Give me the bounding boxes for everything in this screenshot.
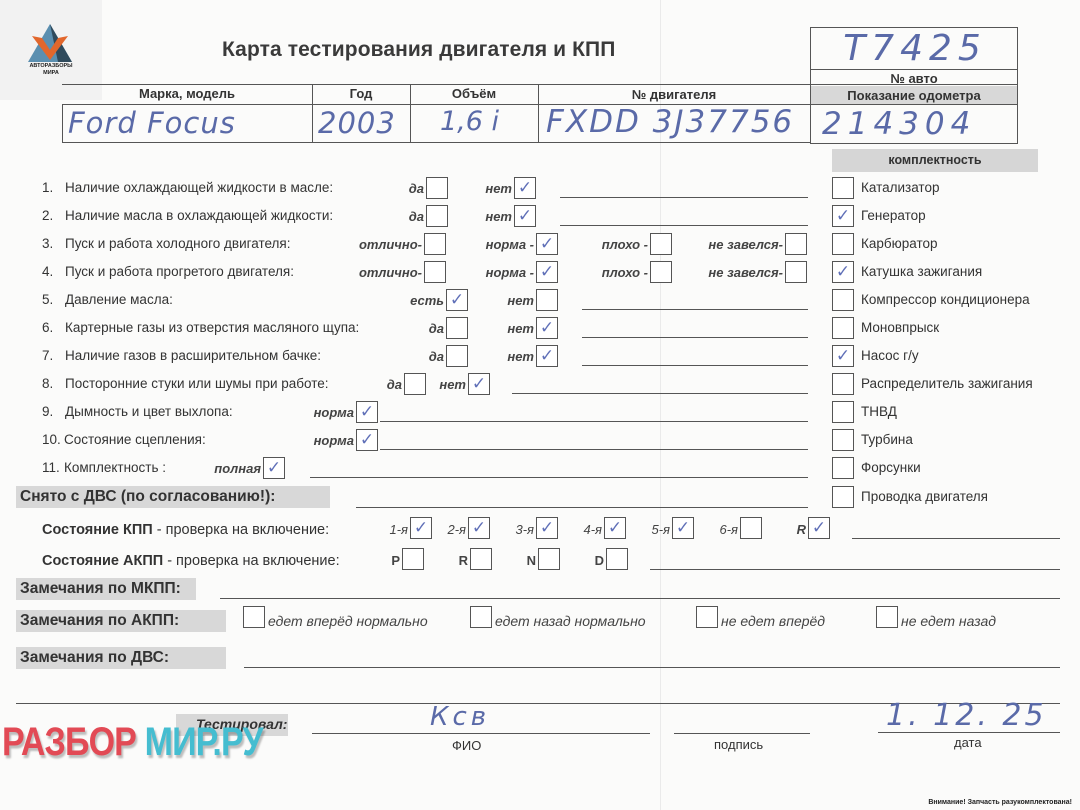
- check-notes-line[interactable]: [582, 365, 808, 366]
- check-label: Наличие масла в охлаждающей жидкости:: [65, 208, 333, 223]
- akpp-remark-checkbox[interactable]: [696, 606, 718, 628]
- completeness-item-label: Катализатор: [861, 180, 939, 195]
- completeness-item-label: Турбина: [861, 432, 913, 447]
- remarks-akpp-label: Замечания по АКПП:: [16, 610, 226, 632]
- completeness-item-label: Форсунки: [861, 460, 921, 475]
- gear-label: 5-я: [646, 522, 670, 537]
- option-checkbox[interactable]: ✓: [263, 457, 285, 479]
- check-number: 7.: [42, 348, 53, 363]
- handwritten-check-mark-icon: ✓: [411, 518, 431, 538]
- option-label: да: [403, 209, 424, 224]
- completeness-item-label: Насос г/у: [861, 348, 919, 363]
- option-checkbox[interactable]: [426, 177, 448, 199]
- gear-checkbox[interactable]: ✓: [808, 517, 830, 539]
- check-notes-line[interactable]: [310, 477, 808, 478]
- watermark-logo: РАЗБОР МИР.РУ: [2, 718, 263, 766]
- handwritten-check-mark-icon: ✓: [537, 234, 557, 254]
- signature-line[interactable]: [674, 733, 810, 734]
- option-label: отлично-: [356, 237, 422, 252]
- option-label: норма -: [480, 265, 534, 280]
- handwritten-check-mark-icon: ✓: [515, 206, 535, 226]
- completeness-item-label: Катушка зажигания: [861, 264, 982, 279]
- option-checkbox[interactable]: [446, 317, 468, 339]
- check-number: 11.: [42, 460, 60, 475]
- completeness-item-label: Проводка двигателя: [861, 489, 988, 504]
- option-label: норма -: [480, 237, 534, 252]
- check-notes-line[interactable]: [560, 197, 808, 198]
- option-checkbox[interactable]: ✓: [514, 205, 536, 227]
- gear-checkbox[interactable]: ✓: [410, 517, 432, 539]
- gear-label: 3-я: [510, 522, 534, 537]
- check-notes-line[interactable]: [380, 421, 808, 422]
- check-number: 6.: [42, 320, 53, 335]
- engine-number-value[interactable]: FXDD 3J37756: [546, 104, 794, 140]
- completeness-item-label: Распределитель зажигания: [861, 376, 1033, 391]
- option-checkbox[interactable]: [426, 205, 448, 227]
- gear-label: 6-я: [714, 522, 738, 537]
- watermark-part1: РАЗБОР: [2, 720, 136, 764]
- disassembled-warning: Внимание! Запчасть разукомплектована!: [928, 799, 1072, 806]
- handwritten-check-mark-icon: ✓: [537, 346, 557, 366]
- col-header-engine-number: № двигателя: [538, 87, 810, 102]
- completeness-item-label: Генератор: [861, 208, 926, 223]
- option-checkbox[interactable]: ✓: [536, 317, 558, 339]
- col-header-volume: Объём: [410, 86, 538, 101]
- option-label: нет: [503, 293, 534, 308]
- option-checkbox[interactable]: [424, 233, 446, 255]
- gear-label: 4-я: [578, 522, 602, 537]
- manual-gearbox-notes-line[interactable]: [852, 538, 1060, 539]
- auto-gear-label: D: [590, 553, 604, 568]
- check-number: 9.: [42, 404, 53, 419]
- completeness-item-label: Моновпрыск: [861, 320, 939, 335]
- remarks-dvs-line[interactable]: [244, 667, 1060, 668]
- signature-caption: подпись: [714, 737, 763, 752]
- completeness-checkbox[interactable]: [832, 317, 854, 339]
- handwritten-check-mark-icon: ✓: [447, 290, 467, 310]
- option-checkbox[interactable]: [785, 261, 807, 283]
- option-checkbox[interactable]: ✓: [446, 289, 468, 311]
- col-header-odometer: Показание одометра: [810, 88, 1018, 103]
- check-label: Комплектность :: [64, 460, 166, 475]
- handwritten-check-mark-icon: ✓: [833, 262, 853, 282]
- check-label: Пуск и работа прогретого двигателя:: [65, 264, 294, 279]
- remarks-mkpp-line[interactable]: [220, 598, 1060, 599]
- akpp-remark-checkbox[interactable]: [876, 606, 898, 628]
- option-checkbox[interactable]: [785, 233, 807, 255]
- removed-from-engine-label: Снято с ДВС (по согласованию!):: [16, 486, 330, 508]
- option-label: да: [381, 377, 402, 392]
- logo-text-line1: АВТОРАЗБОРЫ: [0, 63, 102, 70]
- volume-value[interactable]: 1,6 i: [440, 106, 499, 137]
- akpp-remark-label: едет вперёд нормально: [268, 613, 428, 629]
- check-notes-line[interactable]: [512, 393, 808, 394]
- col-header-make-model: Марка, модель: [62, 86, 312, 101]
- check-number: 8.: [42, 376, 53, 391]
- completeness-checkbox[interactable]: ✓: [832, 261, 854, 283]
- removed-from-engine-line[interactable]: [356, 507, 808, 508]
- auto-gearbox-label: Состояние АКПП - проверка на включение:: [42, 553, 340, 569]
- handwritten-check-mark-icon: ✓: [469, 518, 489, 538]
- completeness-checkbox[interactable]: ✓: [832, 205, 854, 227]
- completeness-checkbox[interactable]: [832, 289, 854, 311]
- option-label: нет: [505, 349, 534, 364]
- check-notes-line[interactable]: [582, 337, 808, 338]
- check-number: 10.: [42, 432, 61, 447]
- option-checkbox[interactable]: [650, 261, 672, 283]
- option-checkbox[interactable]: [650, 233, 672, 255]
- option-label: нет: [481, 181, 512, 196]
- option-checkbox[interactable]: [446, 345, 468, 367]
- handwritten-check-mark-icon: ✓: [515, 178, 535, 198]
- option-label: отлично-: [356, 265, 422, 280]
- remarks-dvs-label: Замечания по ДВС:: [16, 647, 226, 669]
- page-title: Карта тестирования двигателя и КПП: [222, 38, 615, 62]
- gear-checkbox[interactable]: ✓: [672, 517, 694, 539]
- make-model-value[interactable]: Ford Focus: [68, 106, 236, 140]
- handwritten-check-mark-icon: ✓: [537, 262, 557, 282]
- completeness-heading: комплектность: [832, 149, 1038, 172]
- option-checkbox[interactable]: ✓: [356, 401, 378, 423]
- gear-checkbox[interactable]: [740, 517, 762, 539]
- remarks-mkpp-label: Замечания по МКПП:: [16, 578, 196, 600]
- odometer-value[interactable]: 214304: [822, 106, 976, 142]
- completeness-checkbox[interactable]: ✓: [832, 345, 854, 367]
- date-caption: дата: [954, 735, 982, 750]
- handwritten-check-mark-icon: ✓: [469, 374, 489, 394]
- watermark-part2: МИР.РУ: [145, 720, 263, 764]
- gear-label: R: [792, 522, 806, 537]
- year-value[interactable]: 2003: [318, 106, 396, 140]
- completeness-checkbox[interactable]: [832, 373, 854, 395]
- option-checkbox[interactable]: ✓: [536, 261, 558, 283]
- option-checkbox[interactable]: [536, 289, 558, 311]
- check-label: Состояние сцепления:: [64, 432, 206, 447]
- option-label: нет: [505, 321, 534, 336]
- check-label: Наличие газов в расширительном бачке:: [65, 348, 321, 363]
- option-label: норма: [310, 433, 354, 448]
- option-checkbox[interactable]: ✓: [514, 177, 536, 199]
- check-number: 1.: [42, 180, 53, 195]
- option-checkbox[interactable]: ✓: [536, 345, 558, 367]
- check-number: 3.: [42, 236, 53, 251]
- handwritten-check-mark-icon: ✓: [537, 518, 557, 538]
- gear-checkbox[interactable]: ✓: [604, 517, 626, 539]
- option-label: плохо -: [597, 265, 648, 280]
- auto-gear-label: N: [522, 553, 536, 568]
- logo-mountain-icon: [28, 24, 72, 62]
- completeness-item-label: Компрессор кондиционера: [861, 292, 1030, 307]
- tester-name-line[interactable]: [312, 733, 562, 734]
- tester-name-value[interactable]: Ксв: [430, 702, 490, 732]
- akpp-remark-label: не едет назад: [901, 613, 996, 629]
- car-number-value[interactable]: T7425: [820, 28, 1010, 69]
- akpp-remark-checkbox[interactable]: [243, 606, 265, 628]
- akpp-remark-checkbox[interactable]: [470, 606, 492, 628]
- option-checkbox[interactable]: [424, 261, 446, 283]
- completeness-checkbox[interactable]: [832, 429, 854, 451]
- check-number: 5.: [42, 292, 53, 307]
- handwritten-check-mark-icon: ✓: [673, 518, 693, 538]
- auto-gear-label: P: [386, 553, 400, 568]
- option-checkbox[interactable]: ✓: [536, 233, 558, 255]
- option-checkbox[interactable]: [404, 373, 426, 395]
- option-label: да: [403, 181, 424, 196]
- option-label: плохо -: [597, 237, 648, 252]
- option-label: не завелся-: [703, 265, 783, 280]
- manual-gearbox-label: Состояние КПП - проверка на включение:: [42, 522, 329, 538]
- handwritten-check-mark-icon: ✓: [605, 518, 625, 538]
- check-label: Картерные газы из отверстия масляного щу…: [65, 320, 359, 335]
- option-label: нет: [481, 209, 512, 224]
- option-label: не завелся-: [703, 237, 783, 252]
- check-label: Дымность и цвет выхлопа:: [65, 404, 233, 419]
- handwritten-check-mark-icon: ✓: [357, 430, 377, 450]
- akpp-remark-label: не едет вперёд: [721, 613, 825, 629]
- auto-gear-checkbox[interactable]: [402, 548, 424, 570]
- auto-gearbox-notes-line[interactable]: [650, 569, 1060, 570]
- check-number: 2.: [42, 208, 53, 223]
- check-notes-line[interactable]: [582, 309, 808, 310]
- handwritten-check-mark-icon: ✓: [264, 458, 284, 478]
- check-label: Давление масла:: [65, 292, 173, 307]
- handwritten-check-mark-icon: ✓: [537, 318, 557, 338]
- handwritten-check-mark-icon: ✓: [833, 346, 853, 366]
- date-value[interactable]: 1. 12. 25: [886, 698, 1047, 733]
- gear-label: 1-я: [376, 522, 408, 537]
- name-caption: ФИО: [452, 738, 481, 753]
- check-notes-line[interactable]: [560, 225, 808, 226]
- handwritten-check-mark-icon: ✓: [357, 402, 377, 422]
- check-notes-line[interactable]: [380, 449, 808, 450]
- option-checkbox[interactable]: ✓: [468, 373, 490, 395]
- option-label: нет: [436, 377, 466, 392]
- option-label: да: [426, 349, 444, 364]
- col-header-year: Год: [312, 86, 410, 101]
- auto-gear-checkbox[interactable]: [470, 548, 492, 570]
- handwritten-check-mark-icon: ✓: [833, 206, 853, 226]
- option-label: да: [426, 321, 444, 336]
- option-label: полная: [213, 461, 261, 476]
- completeness-checkbox[interactable]: [832, 486, 854, 508]
- auto-gear-checkbox[interactable]: [538, 548, 560, 570]
- completeness-item-label: ТНВД: [861, 404, 897, 419]
- option-checkbox[interactable]: ✓: [356, 429, 378, 451]
- check-label: Наличие охлаждающей жидкости в масле:: [65, 180, 333, 195]
- gear-checkbox[interactable]: ✓: [468, 517, 490, 539]
- option-label: есть: [404, 293, 444, 308]
- akpp-remark-label: едет назад нормально: [495, 613, 646, 629]
- handwritten-check-mark-icon: ✓: [809, 518, 829, 538]
- check-number: 4.: [42, 264, 53, 279]
- gear-checkbox[interactable]: ✓: [536, 517, 558, 539]
- auto-gear-label: R: [456, 553, 468, 568]
- completeness-checkbox[interactable]: [832, 233, 854, 255]
- completeness-checkbox[interactable]: [832, 401, 854, 423]
- check-label: Посторонние стуки или шумы при работе:: [65, 376, 329, 391]
- completeness-item-label: Карбюратор: [861, 236, 938, 251]
- check-label: Пуск и работа холодного двигателя:: [65, 236, 291, 251]
- option-label: норма: [310, 405, 354, 420]
- auto-gear-checkbox[interactable]: [606, 548, 628, 570]
- date-line[interactable]: [878, 732, 1060, 733]
- completeness-checkbox[interactable]: [832, 457, 854, 479]
- gear-label: 2-я: [442, 522, 466, 537]
- logo-text-line2: МИРА: [0, 70, 102, 77]
- completeness-checkbox[interactable]: [832, 177, 854, 199]
